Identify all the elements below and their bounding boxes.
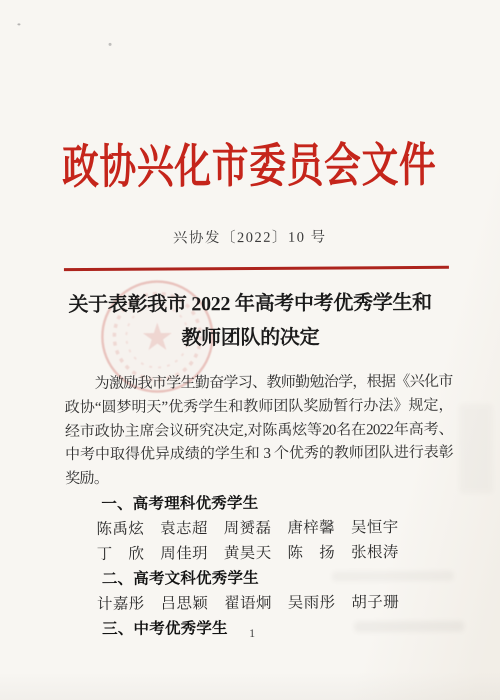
body-text-line: 为激励我市学生勤奋学习、教师勤勉治学，根据《兴化市 (65, 371, 453, 397)
scan-speck (109, 43, 112, 46)
section-heading: 三、中考优秀学生 (66, 615, 454, 642)
page-content: 政协兴化市委员会文件 兴协发〔2022〕10 号 关于表彰我市 2022 年高考… (0, 0, 500, 700)
section-heading: 二、高考文科优秀学生 (66, 565, 454, 592)
body-text-line: 中考中取得优异成绩的学生和 3 个优秀的教师团队进行表彰 (65, 442, 453, 468)
student-name-row: 陈禹炫 袁志超 周赟磊 唐梓馨 吴恒宇 (65, 515, 453, 542)
body-text-line: 经市政协主席会议研究决定,对陈禹炫等20名在2022年高考、 (65, 418, 453, 444)
section-heading: 一、高考理科优秀学生 (65, 490, 453, 517)
student-name-row: 丁 欣 周佳玥 黄昊天 陈 扬 张根涛 (66, 540, 454, 567)
document-title-line2: 教师团队的决定 (0, 319, 500, 356)
section-liberal-arts-students: 二、高考文科优秀学生 计嘉彤 吕思颖 翟语炯 吴雨彤 胡子珊 (66, 565, 454, 617)
scan-speck (17, 23, 20, 25)
section-zhongkao-students: 三、中考优秀学生 (66, 615, 454, 642)
document-reference-number: 兴协发〔2022〕10 号 (0, 224, 500, 248)
section-science-students: 一、高考理科优秀学生 陈禹炫 袁志超 周赟磊 唐梓馨 吴恒宇 丁 欣 周佳玥 黄… (65, 490, 453, 567)
body-text-line: 奖励。 (65, 466, 453, 492)
document-title: 关于表彰我市 2022 年高考中考优秀学生和 教师团队的决定 (0, 285, 500, 356)
header-divider-line (64, 266, 449, 271)
document-body: 为激励我市学生勤奋学习、教师勤勉治学，根据《兴化市 政协“圆梦明天”优秀学生和教… (65, 371, 455, 642)
document-title-line1: 关于表彰我市 2022 年高考中考优秀学生和 (0, 285, 500, 322)
student-name-row: 计嘉彤 吕思颖 翟语炯 吴雨彤 胡子珊 (66, 590, 454, 617)
scanned-document-page: 政协兴化市委员会文件 兴协发〔2022〕10 号 关于表彰我市 2022 年高考… (0, 0, 500, 700)
body-text-line: 政协“圆梦明天”优秀学生和教师团队奖励暂行办法》规定， (65, 395, 453, 421)
document-header-org-title: 政协兴化市委员会文件 (54, 137, 444, 198)
ink-bleed-smudge (459, 404, 494, 494)
